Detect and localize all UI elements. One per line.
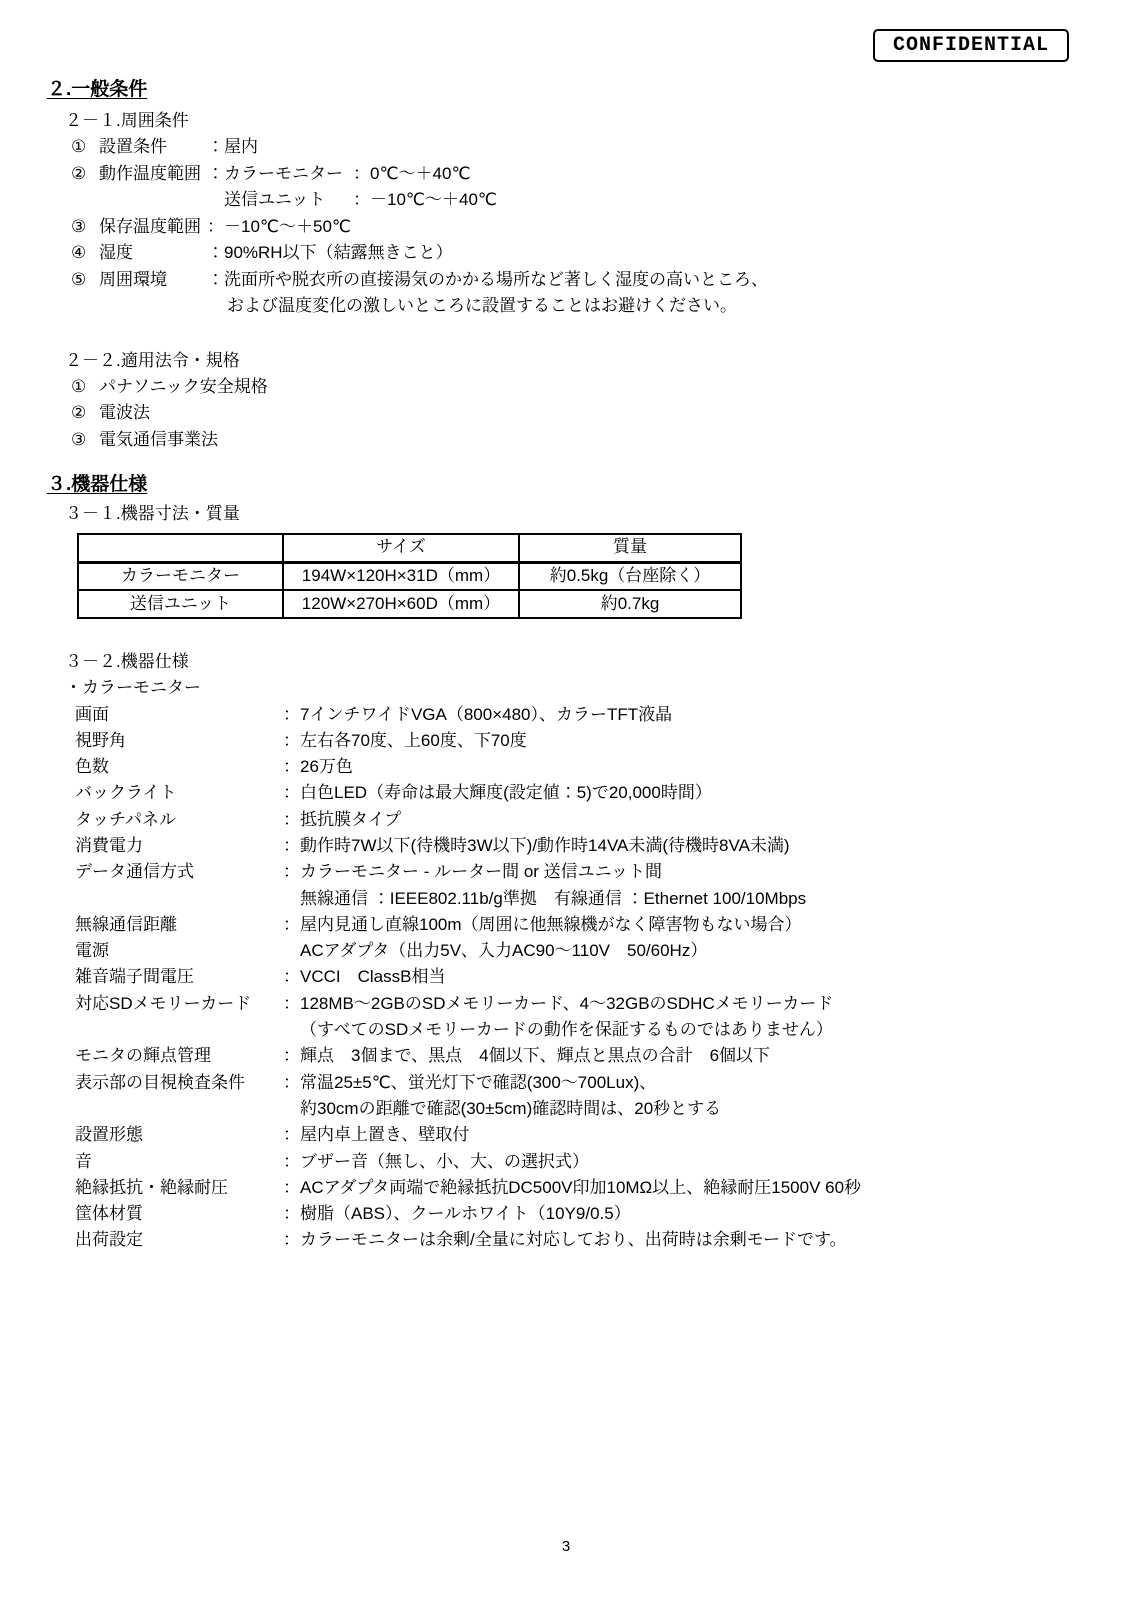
spec-label: 雑音端子間電圧: [75, 964, 283, 990]
spec-label: 表示部の目視検査条件: [75, 1070, 283, 1123]
spec-colon: ：: [283, 1122, 300, 1148]
sub-item-name: ：カラーモニター: [207, 161, 353, 188]
spec-row-power-supply: 電源 ACアダプタ（出力5V、入力AC90～110V 50/60Hz）: [75, 938, 1092, 964]
spec-colon: ：: [283, 912, 300, 938]
table-cell-weight: 約0.7kg: [519, 590, 741, 618]
table-header-weight: 質量: [519, 534, 741, 562]
spec-colon: ：: [283, 1070, 300, 1123]
list-item: ④ 湿度 ：90%RH以下（結露無きこと）: [71, 240, 1092, 267]
ambient-conditions-list: ① 設置条件 ：屋内 ② 動作温度範囲 ：カラーモニター ：0℃～＋40℃ 送信…: [71, 134, 1092, 320]
item-number: ④: [71, 240, 99, 267]
spec-value: 樹脂（ABS）、クールホワイト（10Y9/0.5）: [300, 1201, 1092, 1227]
spec-value: ブザー音（無し、小、大、の選択式）: [300, 1149, 1092, 1175]
spec-value: 輝点 3個まで、黒点 4個以下、輝点と黒点の合計 6個以下: [300, 1043, 1092, 1069]
spec-value: 128MB～2GBのSDメモリーカード、4～32GBのSDHCメモリーカード （…: [300, 991, 1092, 1044]
spec-row-sound: 音 ： ブザー音（無し、小、大、の選択式）: [75, 1149, 1092, 1175]
spec-row-colors: 色数 ： 26万色: [75, 754, 1092, 780]
spec-label: 視野角: [75, 728, 283, 754]
spec-row-installation: 設置形態 ： 屋内卓上置き、壁取付: [75, 1122, 1092, 1148]
spec-value: 屋内卓上置き、壁取付: [300, 1122, 1092, 1148]
spec-colon: ：: [283, 859, 300, 912]
spec-colon: ：: [283, 1227, 300, 1253]
document-content: ２.一般条件 ２－１.周囲条件 ① 設置条件 ：屋内 ② 動作温度範囲 ：カラー…: [0, 0, 1132, 1254]
spec-row-noise-voltage: 雑音端子間電圧 ： VCCI ClassB相当: [75, 964, 1092, 990]
table-header-row: サイズ 質量: [78, 534, 741, 562]
applicable-laws-list: ① パナソニック安全規格 ② 電波法 ③ 電気通信事業法: [71, 374, 1092, 454]
spec-colon: ：: [283, 1201, 300, 1227]
dimensions-weight-table: サイズ 質量 カラーモニター 194W×120H×31D（mm） 約0.5kg（…: [77, 533, 742, 619]
temperature-range-monitor: ：カラーモニター ：0℃～＋40℃: [207, 161, 1092, 188]
spec-colon: ：: [283, 702, 300, 728]
spec-label: 無線通信距離: [75, 912, 283, 938]
confidential-stamp: CONFIDENTIAL: [873, 29, 1069, 62]
spec-label: 画面: [75, 702, 283, 728]
table-header-blank: [78, 534, 283, 562]
spec-label: 消費電力: [75, 833, 283, 859]
spec-label: 筐体材質: [75, 1201, 283, 1227]
spec-label: モニタの輝点管理: [75, 1043, 283, 1069]
spec-row-power-consumption: 消費電力 ： 動作時7W以下(待機時3W以下)/動作時14VA未満(待機時8VA…: [75, 833, 1092, 859]
spec-label: バックライト: [75, 780, 283, 806]
spec-colon: ：: [283, 991, 300, 1044]
spec-row-enclosure-material: 筐体材質 ： 樹脂（ABS）、クールホワイト（10Y9/0.5）: [75, 1201, 1092, 1227]
spec-value: 白色LED（寿命は最大輝度(設定値：5)で20,000時間）: [300, 780, 1092, 806]
item-label: 保存温度範囲: [99, 214, 207, 241]
confidential-label: CONFIDENTIAL: [893, 34, 1049, 57]
spec-value: 抵抗膜タイプ: [300, 807, 1092, 833]
list-item: ② 動作温度範囲 ：カラーモニター ：0℃～＋40℃ 送信ユニット ：－10℃～…: [71, 161, 1092, 214]
spec-value: 7インチワイドVGA（800×480）、カラーTFT液晶: [300, 702, 1092, 728]
spec-row-viewing-angle: 視野角 ： 左右各70度、上60度、下70度: [75, 728, 1092, 754]
temperature-range-transmitter: 送信ユニット ：－10℃～＋40℃: [207, 187, 1092, 214]
table-row: 送信ユニット 120W×270H×60D（mm） 約0.7kg: [78, 590, 741, 618]
spec-colon: ：: [283, 833, 300, 859]
spec-label: 電源: [75, 938, 283, 964]
list-item: ② 電波法: [71, 400, 1092, 427]
table-cell-size: 194W×120H×31D（mm）: [283, 562, 519, 590]
sub-item-value: ：0℃～＋40℃: [353, 161, 471, 188]
spec-value: カラーモニター - ルーター間 or 送信ユニット間 無線通信 ：IEEE802…: [300, 859, 1092, 912]
item-number: ③: [71, 214, 99, 241]
spec-colon: ：: [283, 1149, 300, 1175]
spec-value: 左右各70度、上60度、下70度: [300, 728, 1092, 754]
page-number: 3: [0, 1538, 1132, 1555]
section-3-2-title: ３－２.機器仕様: [65, 649, 1092, 675]
color-monitor-bullet: ・カラーモニター: [65, 675, 1092, 702]
spec-colon: ：: [283, 780, 300, 806]
table-header-size: サイズ: [283, 534, 519, 562]
spec-label: 対応SDメモリーカード: [75, 991, 283, 1044]
item-label: 周囲環境: [99, 267, 207, 320]
item-number: ③: [71, 427, 99, 454]
spec-colon: ：: [283, 964, 300, 990]
item-value: ：屋内: [207, 134, 1092, 161]
spec-label: 音: [75, 1149, 283, 1175]
spec-row-visual-inspection: 表示部の目視検査条件 ： 常温25±5℃、蛍光灯下で確認(300～700Lux)…: [75, 1070, 1092, 1123]
table-cell-device: カラーモニター: [78, 562, 283, 590]
sub-item-value: ：－10℃～＋40℃: [353, 187, 497, 214]
section-2-2-title: ２－２.適用法令・規格: [65, 348, 1092, 374]
spec-label: 色数: [75, 754, 283, 780]
item-number: ②: [71, 161, 99, 214]
document-page: { "confidential_label": "CONFIDENTIAL", …: [0, 0, 1132, 1600]
item-value: ：90%RH以下（結露無きこと）: [207, 240, 1092, 267]
spec-row-touch-panel: タッチパネル ： 抵抗膜タイプ: [75, 807, 1092, 833]
item-label: 動作温度範囲: [99, 161, 207, 214]
spec-colon: ：: [283, 728, 300, 754]
item-value-line1: ：洗面所や脱衣所の直接湯気のかかる場所など著しく湿度の高いところ、: [207, 267, 1092, 294]
spec-label: データ通信方式: [75, 859, 283, 912]
table-cell-weight: 約0.5kg（台座除く）: [519, 562, 741, 590]
spec-colon: ：: [283, 1175, 300, 1201]
list-item: ① 設置条件 ：屋内: [71, 134, 1092, 161]
item-label: 湿度: [99, 240, 207, 267]
spec-value: ACアダプタ両端で絶縁抵抗DC500V印加10MΩ以上、絶縁耐圧1500V 60…: [300, 1175, 1092, 1201]
item-label: 電気通信事業法: [99, 427, 218, 454]
list-item: ③ 電気通信事業法: [71, 427, 1092, 454]
spec-value: 26万色: [300, 754, 1092, 780]
item-number: ②: [71, 400, 99, 427]
item-number: ⑤: [71, 267, 99, 320]
item-label: 設置条件: [99, 134, 207, 161]
list-item: ① パナソニック安全規格: [71, 374, 1092, 401]
item-label: パナソニック安全規格: [99, 374, 268, 401]
item-value-line2: および温度変化の激しいところに設置することはお避けください。: [227, 293, 1092, 320]
spec-colon: [283, 938, 300, 964]
spec-list: 画面 ： 7インチワイドVGA（800×480）、カラーTFT液晶 視野角 ： …: [75, 702, 1092, 1254]
section-2-title: ２.一般条件: [47, 78, 1092, 102]
section-3-1-title: ３－１.機器寸法・質量: [65, 501, 1092, 527]
item-value: ：－10℃～＋50℃: [207, 214, 1092, 241]
spec-row-bright-dot: モニタの輝点管理 ： 輝点 3個まで、黒点 4個以下、輝点と黒点の合計 6個以下: [75, 1043, 1092, 1069]
item-value: ：カラーモニター ：0℃～＋40℃ 送信ユニット ：－10℃～＋40℃: [207, 161, 1092, 214]
spec-label: 出荷設定: [75, 1227, 283, 1253]
spec-colon: ：: [283, 1043, 300, 1069]
item-value: ：洗面所や脱衣所の直接湯気のかかる場所など著しく湿度の高いところ、 および温度変…: [207, 267, 1092, 320]
list-item: ⑤ 周囲環境 ：洗面所や脱衣所の直接湯気のかかる場所など著しく湿度の高いところ、…: [71, 267, 1092, 320]
spec-row-insulation: 絶縁抵抗・絶縁耐圧 ： ACアダプタ両端で絶縁抵抗DC500V印加10MΩ以上、…: [75, 1175, 1092, 1201]
sub-item-name: 送信ユニット: [207, 187, 353, 214]
item-number: ①: [71, 134, 99, 161]
spec-row-sd-card: 対応SDメモリーカード ： 128MB～2GBのSDメモリーカード、4～32GB…: [75, 991, 1092, 1044]
spec-row-data-communication: データ通信方式 ： カラーモニター - ルーター間 or 送信ユニット間 無線通…: [75, 859, 1092, 912]
table-row: カラーモニター 194W×120H×31D（mm） 約0.5kg（台座除く）: [78, 562, 741, 590]
spec-label: 絶縁抵抗・絶縁耐圧: [75, 1175, 283, 1201]
spec-row-shipping-setting: 出荷設定 ： カラーモニターは余剰/全量に対応しており、出荷時は余剰モードです。: [75, 1227, 1092, 1253]
section-2-1-title: ２－１.周囲条件: [65, 108, 1092, 134]
spec-label: 設置形態: [75, 1122, 283, 1148]
section-3-title: ３.機器仕様: [47, 473, 1092, 497]
spec-label: タッチパネル: [75, 807, 283, 833]
spec-value: 屋内見通し直線100m（周囲に他無線機がなく障害物もない場合）: [300, 912, 1092, 938]
spec-row-screen: 画面 ： 7インチワイドVGA（800×480）、カラーTFT液晶: [75, 702, 1092, 728]
spec-value: 常温25±5℃、蛍光灯下で確認(300～700Lux)、 約30cmの距離で確認…: [300, 1070, 1092, 1123]
table-cell-device: 送信ユニット: [78, 590, 283, 618]
spec-value: ACアダプタ（出力5V、入力AC90～110V 50/60Hz）: [300, 938, 1092, 964]
spec-value: VCCI ClassB相当: [300, 964, 1092, 990]
item-label: 電波法: [99, 400, 150, 427]
spec-row-wireless-range: 無線通信距離 ： 屋内見通し直線100m（周囲に他無線機がなく障害物もない場合）: [75, 912, 1092, 938]
spec-colon: ：: [283, 807, 300, 833]
item-number: ①: [71, 374, 99, 401]
table-cell-size: 120W×270H×60D（mm）: [283, 590, 519, 618]
list-item: ③ 保存温度範囲 ：－10℃～＋50℃: [71, 214, 1092, 241]
spec-value: 動作時7W以下(待機時3W以下)/動作時14VA未満(待機時8VA未満): [300, 833, 1092, 859]
spec-value: カラーモニターは余剰/全量に対応しており、出荷時は余剰モードです。: [300, 1227, 1092, 1253]
spec-colon: ：: [283, 754, 300, 780]
spec-row-backlight: バックライト ： 白色LED（寿命は最大輝度(設定値：5)で20,000時間）: [75, 780, 1092, 806]
